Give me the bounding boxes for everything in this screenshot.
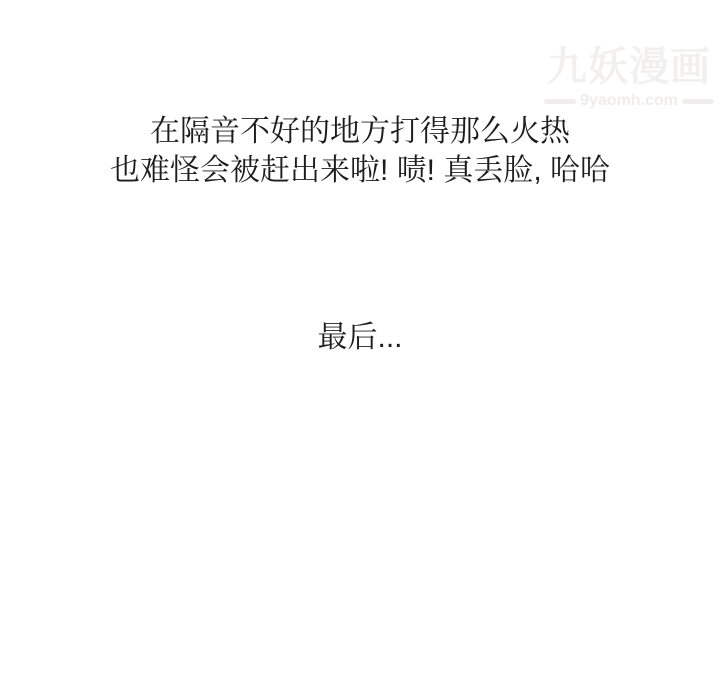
watermark-left-dash: [544, 99, 576, 104]
watermark-right-dash: [682, 99, 714, 104]
caption-text: 最后...: [0, 320, 720, 356]
site-watermark-logo-text: 九妖漫画: [544, 44, 714, 90]
site-watermark-url: 9yaomh.com: [580, 92, 678, 110]
site-watermark: 九妖漫画 9yaomh.com: [544, 44, 714, 110]
narration-line-1: 在隔音不好的地方打得那么火热: [0, 112, 720, 151]
site-watermark-url-row: 9yaomh.com: [544, 92, 714, 110]
narration-text-block: 在隔音不好的地方打得那么火热 也难怪会被赶出来啦! 啧! 真丢脸, 哈哈: [0, 112, 720, 190]
narration-line-2: 也难怪会被赶出来啦! 啧! 真丢脸, 哈哈: [0, 151, 720, 190]
